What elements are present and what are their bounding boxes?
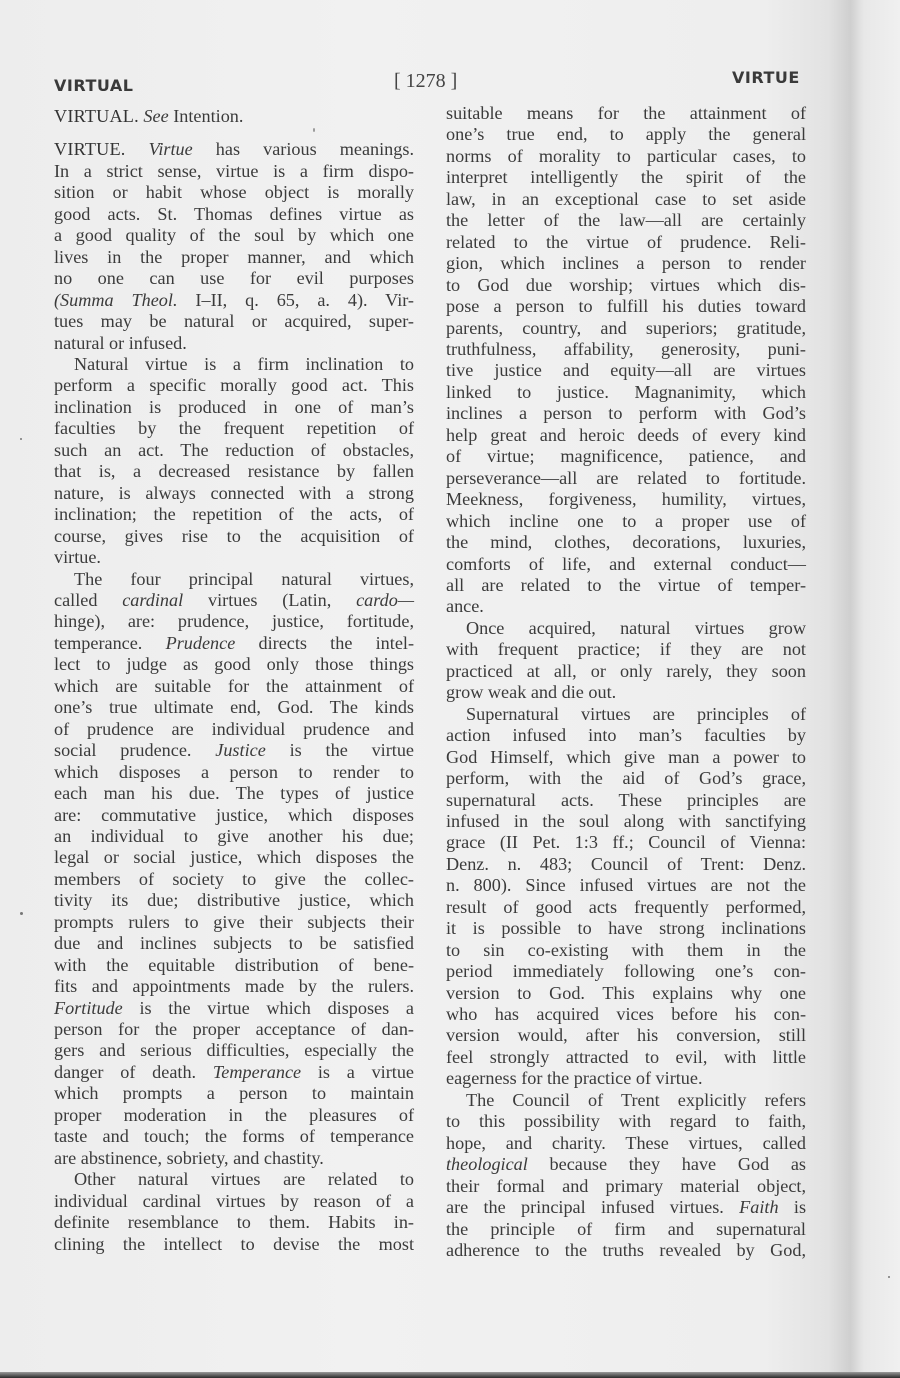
text-fragment: called [54,590,97,610]
text-line: period immediately following one’s con- [446,961,806,982]
text-line: Denz. n. 483; Council of Trent: Denz. [446,854,806,875]
text-line: that is, a decreased resistance by falle… [54,461,414,482]
text-line: result of good acts frequently performed… [446,897,806,918]
text-fragment: social prudence. [54,740,191,760]
text-line: inclination; the repetition of the acts,… [54,504,414,525]
text-fragment: directs the intel- [258,633,414,653]
text-fragment: is the virtue [290,740,414,760]
text-line: nature, is always connected with a stron… [54,483,414,504]
text-fragment: are the principal infused virtues. [446,1197,724,1217]
text-line: law, in an exceptional case to set aside [446,189,806,210]
running-head-right: VIRTUE [732,68,800,87]
text-line: such an act. The reduction of obstacles, [54,440,414,461]
text-line: to sin co-existing with them in the [446,940,806,961]
scan-speck [313,128,315,132]
text-line: who has acquired vices before his con- [446,1004,806,1025]
text-fragment: is a virtue [318,1062,414,1082]
left-column: VIRTUAL. See Intention. VIRTUE. Virtue h… [54,104,414,1255]
text-line: perform, with the aid of God’s grace, [446,768,806,789]
text-line: to this possibility with regard to faith… [446,1111,806,1132]
text-fragment: is the virtue which disposes a [139,998,414,1018]
text-line: The four principal natural virtues, [54,569,414,590]
text-line: norms of morality to particular cases, t… [446,146,806,167]
italic-term: Prudence [166,633,236,653]
text-line: n. 800). Since infused virtues are not t… [446,875,806,896]
text-line: has various meanings. [216,139,414,159]
text-line: each man his due. The types of justice [54,783,414,804]
text-line: perform a specific morally good act. Thi… [54,375,414,396]
text-line: course, gives rise to the acquisition of [54,526,414,547]
text-line: ance. [446,596,806,617]
book-page: VIRTUAL [ 1278 ] VIRTUE VIRTUAL. See Int… [0,0,900,1378]
text-line: no one can use for evil purposes [54,268,414,289]
text-fragment: temperance. [54,633,142,653]
page-bottom-edge [0,1372,900,1378]
italic-term: Virtue [149,139,193,159]
text-line: inclines a person to perform with God’s [446,403,806,424]
text-line: practiced at all, or only rarely, they s… [446,661,806,682]
text-line: fits and appointments made by the rulers… [54,976,414,997]
text-line: Once acquired, natural virtues grow [446,618,806,639]
text-line: the principle of firm and supernatural [446,1219,806,1240]
text-line: eagerness for the practice of virtue. [446,1068,806,1089]
italic-term: Faith [739,1197,778,1217]
text-line: which are suitable for the attainment of [54,676,414,697]
text-line: infused in the soul along with sanctifyi… [446,811,806,832]
text-line: with the equitable distribution of bene- [54,955,414,976]
text-line: of prudence are individual prudence and [54,719,414,740]
text-line: gers and serious difficulties, especiall… [54,1040,414,1061]
scan-speck [20,912,23,915]
text-line: a good quality of the soul by which one [54,225,414,246]
text-line: Meekness, forgiveness, humility, virtues… [446,489,806,510]
headword-virtue: VIRTUE. [54,139,126,159]
text-line: inclination is produced in one of man’s [54,397,414,418]
text-line: virtue. [54,547,414,568]
text-line: the letter of the law—all are certainly [446,210,806,231]
text-line: linked to justice. Magnanimity, which [446,382,806,403]
right-column: suitable means for the attainment of one… [446,103,806,1261]
text-line: which incline one to a proper use of [446,511,806,532]
text-fragment: is [794,1197,806,1217]
text-line: grace (II Pet. 1:3 ff.; Council of Vienn… [446,832,806,853]
text-line: of virtue; magnificence, patience, and [446,446,806,467]
text-line: taste and touch; the forms of temperance [54,1126,414,1147]
italic-term: Justice [215,740,266,760]
italic-term: cardo— [356,590,414,610]
text-line: an individual to give another his due; [54,826,414,847]
running-head-left: VIRTUAL [54,76,133,95]
italic-term: theological [446,1154,528,1174]
text-line: God Himself, which give man a power to [446,747,806,768]
text-line: which prompts a person to maintain [54,1083,414,1104]
text-line: lives in the proper manner, and which [54,247,414,268]
text-fragment: danger of death. [54,1062,196,1082]
italic-term: cardinal [122,590,183,610]
text-line: individual cardinal virtues by reason of… [54,1191,414,1212]
text-line: tues may be natural or acquired, super- [54,311,414,332]
text-fragment: virtues (Latin, [208,590,331,610]
text-line: hinge), are: prudence, justice, fortitud… [54,611,414,632]
entry-virtual: VIRTUAL. See Intention. [54,106,414,127]
text-line: action infused into man’s faculties by [446,725,806,746]
text-line: their formal and primary material object… [446,1176,806,1197]
text-line: legal or social justice, which disposes … [54,847,414,868]
text-line: interpret intelligently the spirit of th… [446,167,806,188]
text-line: grow weak and die out. [446,682,806,703]
text-line: prompts rulers to give their subjects th… [54,912,414,933]
text-line: natural or infused. [54,333,414,354]
text-line: sition or habit whose object is morally [54,182,414,203]
text-line: one’s true ultimate end, God. The kinds [54,697,414,718]
text-line: Supernatural virtues are principles of [446,704,806,725]
cross-reference-link[interactable]: Intention. [173,106,243,126]
text-line: with frequent practice; if they are not [446,639,806,660]
italic-term: Temperance [213,1062,301,1082]
text-line: suitable means for the attainment of [446,103,806,124]
text-line: to God due worship; virtues which dis- [446,275,806,296]
text-line: lect to judge as good only those things [54,654,414,675]
text-line: gion, which inclines a person to render [446,253,806,274]
text-line: Other natural virtues are related to [54,1169,414,1190]
text-line: comforts of life, and external conduct— [446,554,806,575]
text-line: faculties by the frequent repetition of [54,418,414,439]
text-line: all are related to the virtue of temper- [446,575,806,596]
text-line: version would, after his conversion, sti… [446,1025,806,1046]
see-label: See [143,106,168,126]
headword-virtual: VIRTUAL. [54,106,139,126]
citation-italic: (Summa Theol. [54,290,178,310]
page-number: [ 1278 ] [394,70,457,93]
text-line: Natural virtue is a firm inclination to [54,354,414,375]
entry-virtue: VIRTUE. Virtue has various meanings. In … [54,139,414,1255]
text-line: hope, and charity. These virtues, called [446,1133,806,1154]
text-line: adherence to the truths revealed by God, [446,1240,806,1261]
text-line: clining the intellect to devise the most [54,1234,414,1255]
text-line: tivity its due; distributive justice, wh… [54,890,414,911]
scan-speck [888,1276,890,1278]
text-line: good acts. St. Thomas defines virtue as [54,204,414,225]
text-line: parents, country, and superiors; gratitu… [446,318,806,339]
scan-speck [20,438,22,440]
text-line: The Council of Trent explicitly refers [446,1090,806,1111]
text-line: feel strongly attracted to evil, with li… [446,1047,806,1068]
text-line: help great and heroic deeds of every kin… [446,425,806,446]
italic-term: Fortitude [54,998,123,1018]
text-line: one’s true end, to apply the general [446,124,806,145]
text-line: members of society to give the collec- [54,869,414,890]
text-fragment: because they have God as [550,1154,806,1174]
text-line: are abstinence, sobriety, and chastity. [54,1148,414,1169]
text-line: are: commutative justice, which disposes [54,805,414,826]
text-line: due and inclines subjects to be satisfie… [54,933,414,954]
text-line: which disposes a person to render to [54,762,414,783]
text-line: it is possible to have strong inclinatio… [446,918,806,939]
text-line: In a strict sense, virtue is a firm disp… [54,161,414,182]
text-line: perseverance—all are related to fortitud… [446,468,806,489]
text-line: supernatural acts. These principles are [446,790,806,811]
text-line: definite resemblance to them. Habits in- [54,1212,414,1233]
text-line: person for the proper acceptance of dan- [54,1019,414,1040]
text-line: tive justice and equity—all are virtues [446,360,806,381]
text-line: pose a person to fulfill his duties towa… [446,296,806,317]
text-line: related to the virtue of prudence. Reli- [446,232,806,253]
text-line: truthfulness, affability, generosity, pu… [446,339,806,360]
text-line: I–II, q. 65, a. 4). Vir- [195,290,414,310]
text-line: proper moderation in the pleasures of [54,1105,414,1126]
text-line: version to God. This explains why one [446,983,806,1004]
text-line: the mind, clothes, decorations, luxuries… [446,532,806,553]
